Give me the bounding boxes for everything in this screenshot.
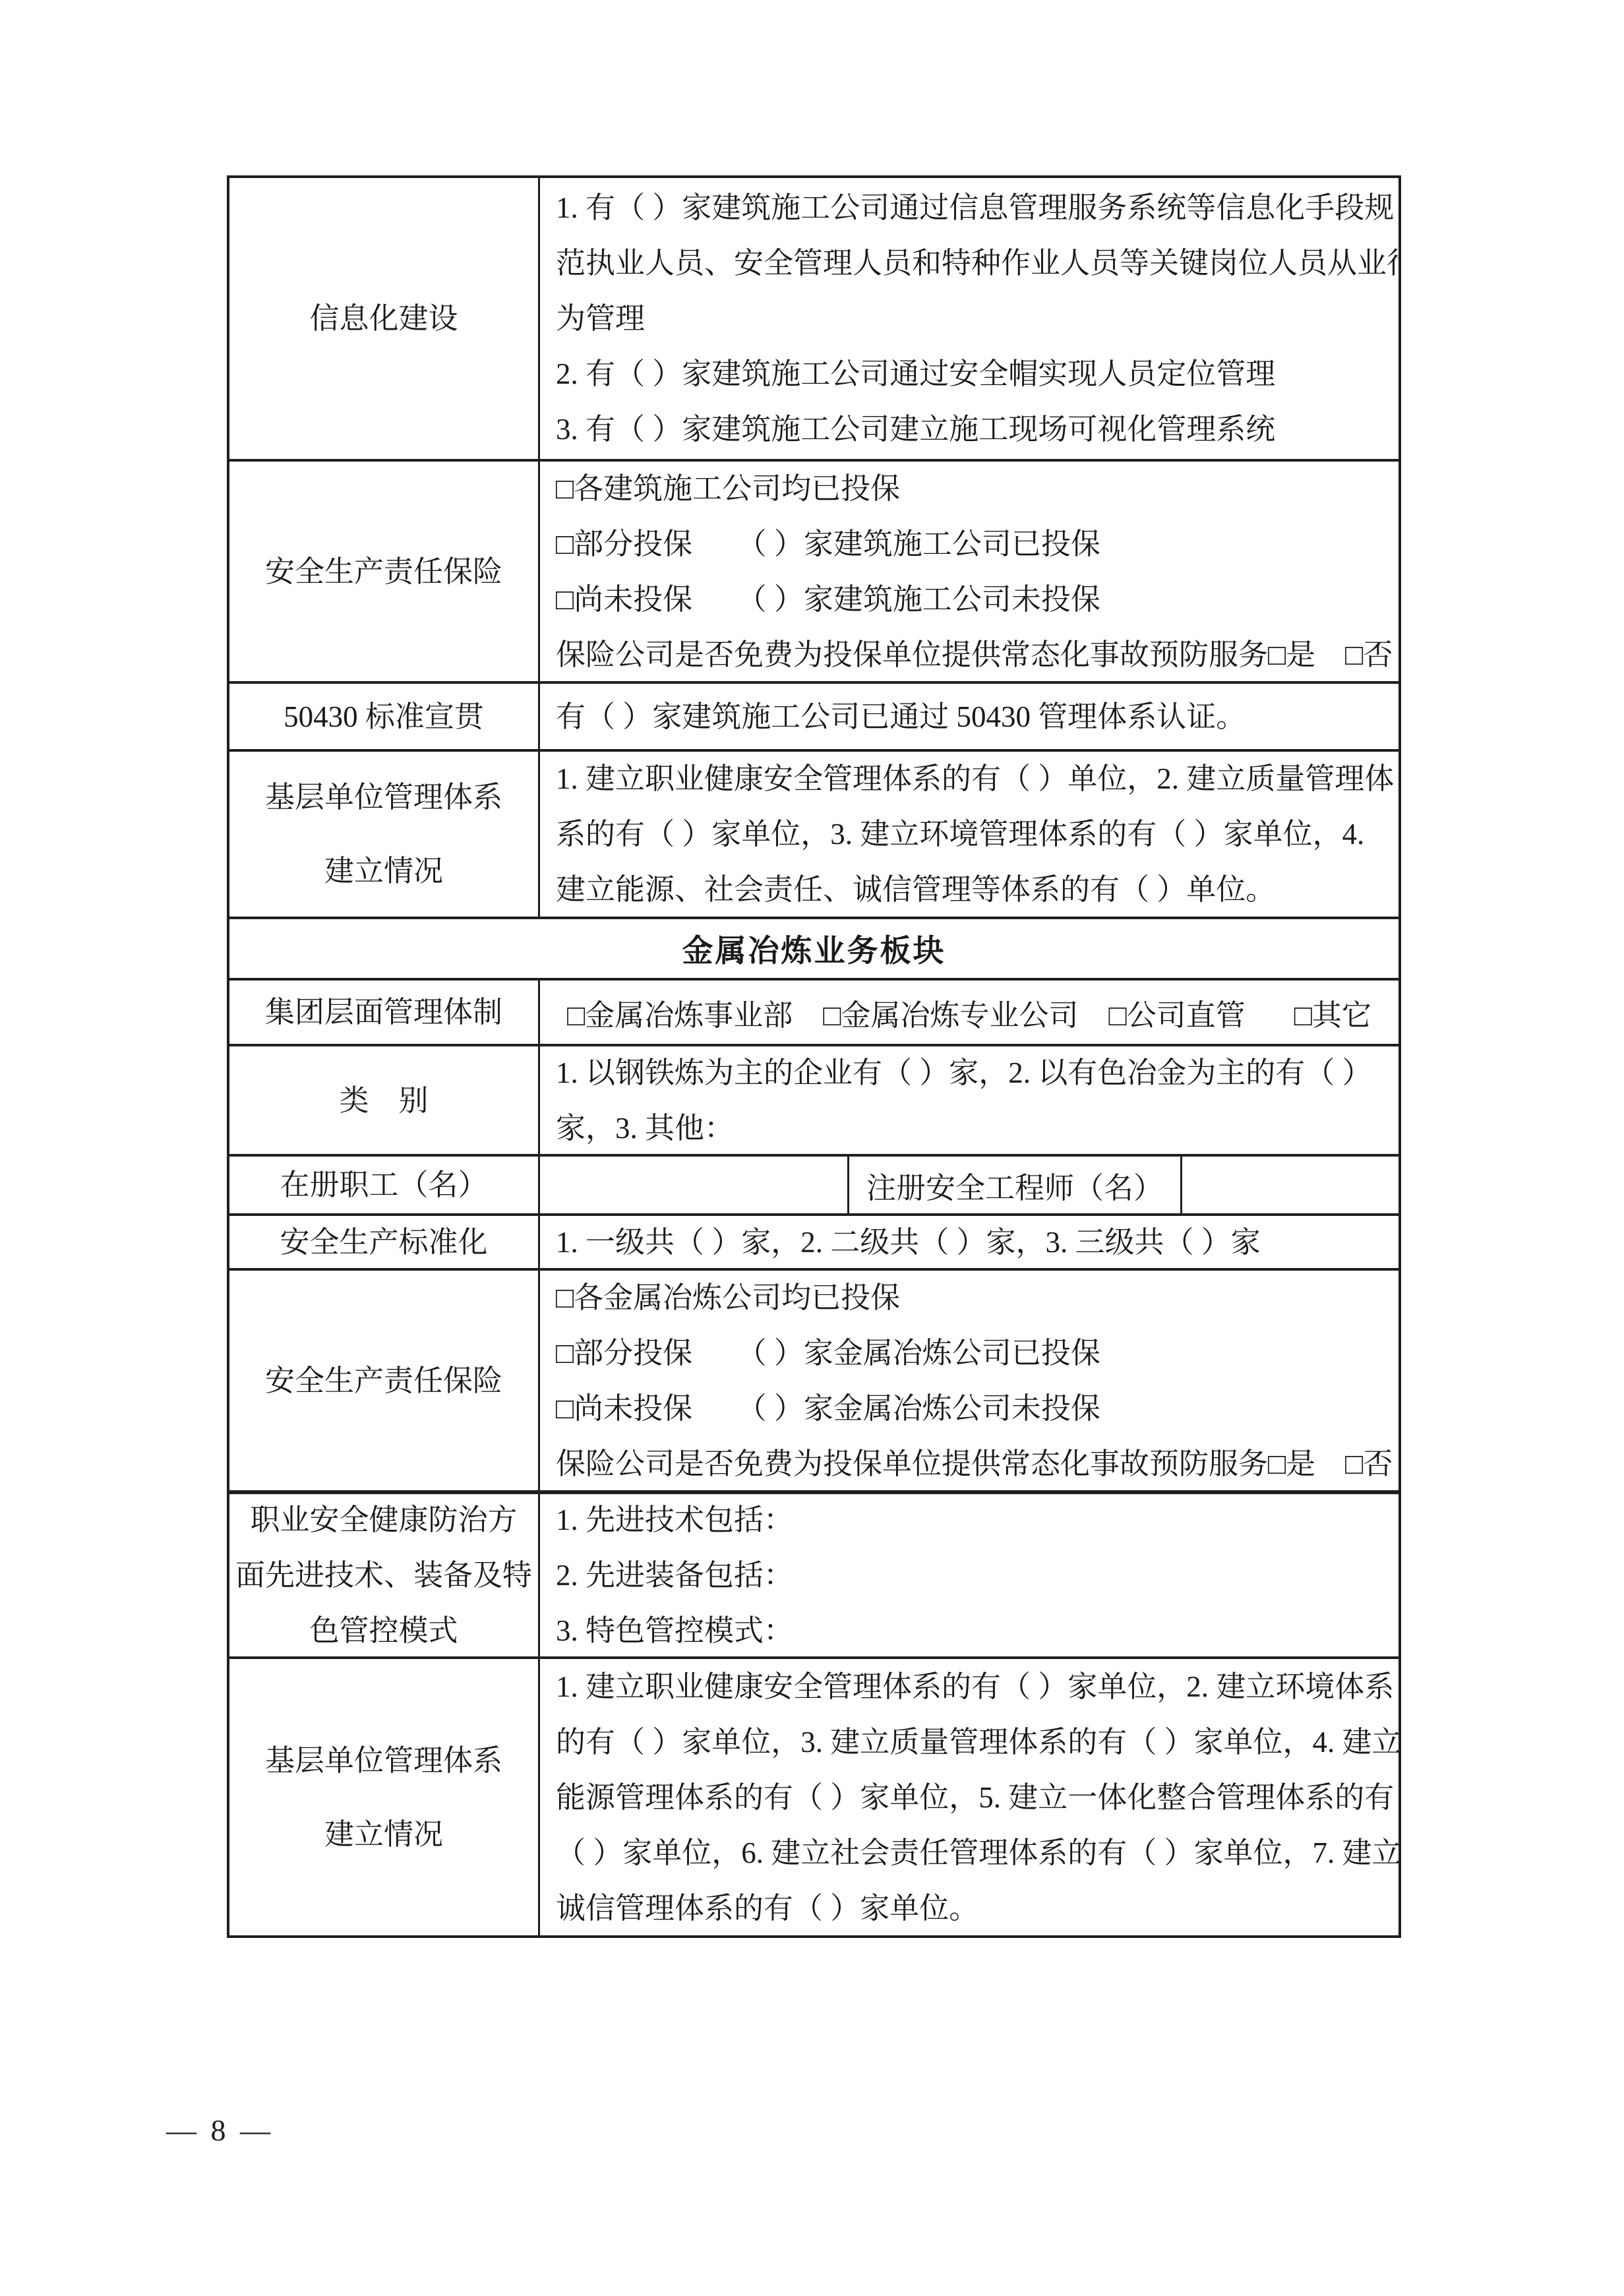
text-line: 系的有（ ）家单位，3. 建立环境管理体系的有（ ）家单位，4. bbox=[556, 806, 1383, 862]
row-label-metal-insurance: 安全生产责任保险 bbox=[229, 1271, 540, 1490]
safety-engineer-label-cell: 注册安全工程师（名） bbox=[849, 1157, 1182, 1213]
checkbox-line: 保险公司是否免费为投保单位提供常态化事故预防服务□是 □否 bbox=[556, 627, 1383, 682]
row-label-text: 集团层面管理体制 bbox=[265, 984, 502, 1040]
checkbox-option: □其它 bbox=[1294, 991, 1371, 1034]
row-construction-mgmt-system: 基层单位管理体系 建立情况 1. 建立职业健康安全管理体系的有（ ）单位，2. … bbox=[229, 749, 1398, 917]
text-line: 1. 以钢铁炼为主的企业有（ ）家，2. 以有色冶金为主的有（ ） bbox=[556, 1046, 1383, 1101]
text-line: 1. 一级共（ ）家，2. 二级共（ ）家，3. 三级共（ ）家 bbox=[556, 1216, 1383, 1268]
checkbox-line: □部分投保 （ ）家建筑施工公司已投保 bbox=[556, 516, 1383, 572]
safety-engineer-value-cell bbox=[1182, 1157, 1398, 1213]
row-advanced-tech: 职业安全健康防治方 面先进技术、装备及特 色管控模式 1. 先进技术包括： 2.… bbox=[229, 1490, 1398, 1656]
row-content-informatization: 1. 有（ ）家建筑施工公司通过信息管理服务系统等信息化手段规 范执业人员、安全… bbox=[540, 178, 1398, 459]
text-line: 家，3. 其他： bbox=[556, 1101, 1383, 1155]
row-content-construction-mgmt-system: 1. 建立职业健康安全管理体系的有（ ）单位，2. 建立质量管理体 系的有（ ）… bbox=[540, 752, 1398, 917]
section-title: 金属冶炼业务板块 bbox=[229, 926, 1398, 971]
row-category: 类 别 1. 以钢铁炼为主的企业有（ ）家，2. 以有色冶金为主的有（ ） 家，… bbox=[229, 1044, 1398, 1154]
text-line: 1. 建立职业健康安全管理体系的有（ ）单位，2. 建立质量管理体 bbox=[556, 752, 1383, 806]
row-content-standardization: 1. 一级共（ ）家，2. 二级共（ ）家，3. 三级共（ ）家 bbox=[540, 1216, 1398, 1268]
text-line: 2. 有（ ）家建筑施工公司通过安全帽实现人员定位管理 bbox=[556, 346, 1383, 402]
row-label-registered-staff: 在册职工（名） bbox=[229, 1157, 540, 1213]
row-content-metal-insurance: □各金属冶炼公司均已投保 □部分投保 （ ）家金属冶炼公司已投保 □尚未投保 （… bbox=[540, 1271, 1398, 1490]
checkbox-line: □部分投保 （ ）家金属冶炼公司已投保 bbox=[556, 1325, 1383, 1381]
row-content-construction-insurance: □各建筑施工公司均已投保 □部分投保 （ ）家建筑施工公司已投保 □尚未投保 （… bbox=[540, 462, 1398, 681]
page-number: — 8 — bbox=[166, 2113, 274, 2148]
row-label-std-50430: 50430 标准宣贯 bbox=[229, 684, 540, 749]
checkbox-option: □金属冶炼事业部 bbox=[567, 991, 793, 1034]
row-label-text: 安全生产标准化 bbox=[280, 1216, 487, 1268]
row-group-management: 集团层面管理体制 □金属冶炼事业部 □金属冶炼专业公司 □公司直管 □其它 bbox=[229, 978, 1398, 1044]
row-metal-mgmt-system: 基层单位管理体系 建立情况 1. 建立职业健康安全管理体系的有（ ）家单位，2.… bbox=[229, 1656, 1398, 1935]
checkbox-line: □尚未投保 （ ）家建筑施工公司未投保 bbox=[556, 572, 1383, 627]
text-line: （ ）家单位，6. 建立社会责任管理体系的有（ ）家单位，7. 建立 bbox=[556, 1825, 1383, 1881]
checkbox-line: □尚未投保 （ ）家金属冶炼公司未投保 bbox=[556, 1381, 1383, 1436]
row-std-50430: 50430 标准宣贯 有（ ）家建筑施工公司已通过 50430 管理体系认证。 bbox=[229, 681, 1398, 749]
checkbox-line: □各金属冶炼公司均已投保 bbox=[556, 1271, 1383, 1325]
row-label-text: 基层单位管理体系 bbox=[265, 760, 502, 834]
row-label-text: 建立情况 bbox=[324, 1798, 443, 1871]
text-line: 1. 先进技术包括： bbox=[556, 1494, 1383, 1548]
row-label-advanced-tech: 职业安全健康防治方 面先进技术、装备及特 色管控模式 bbox=[229, 1494, 540, 1656]
row-label-text: 职业安全健康防治方 bbox=[250, 1494, 517, 1548]
row-label-text: 安全生产责任保险 bbox=[265, 544, 502, 599]
section-header-metal-smelting: 金属冶炼业务板块 bbox=[229, 917, 1398, 978]
row-label-text: 类 别 bbox=[339, 1073, 428, 1128]
text-line: 的有（ ）家单位，3. 建立质量管理体系的有（ ）家单位，4. 建立 bbox=[556, 1714, 1383, 1770]
row-standardization: 安全生产标准化 1. 一级共（ ）家，2. 二级共（ ）家，3. 三级共（ ）家 bbox=[229, 1213, 1398, 1268]
text-line: 3. 有（ ）家建筑施工公司建立施工现场可视化管理系统 bbox=[556, 402, 1383, 457]
row-label-text: 在册职工（名） bbox=[280, 1157, 487, 1213]
row-content-metal-mgmt-system: 1. 建立职业健康安全管理体系的有（ ）家单位，2. 建立环境体系 的有（ ）家… bbox=[540, 1659, 1398, 1935]
registered-staff-value-cell bbox=[540, 1157, 849, 1213]
row-label-category: 类 别 bbox=[229, 1046, 540, 1154]
row-label-text: 安全生产责任保险 bbox=[265, 1353, 502, 1408]
text-line: 建立能源、社会责任、诚信管理等体系的有（ ）单位。 bbox=[556, 862, 1383, 917]
text-line: 为管理 bbox=[556, 291, 1383, 346]
text-line: 2. 先进装备包括： bbox=[556, 1548, 1383, 1603]
row-staff-counts: 在册职工（名） 注册安全工程师（名） bbox=[229, 1154, 1398, 1213]
checkbox-line: □各建筑施工公司均已投保 bbox=[556, 462, 1383, 516]
text-line: 能源管理体系的有（ ）家单位，5. 建立一体化整合管理体系的有 bbox=[556, 1770, 1383, 1825]
checkbox-line: 保险公司是否免费为投保单位提供常态化事故预防服务□是 □否 bbox=[556, 1436, 1383, 1491]
row-label-construction-insurance: 安全生产责任保险 bbox=[229, 462, 540, 681]
row-label-informatization: 信息化建设 bbox=[229, 178, 540, 459]
text-line: 1. 建立职业健康安全管理体系的有（ ）家单位，2. 建立环境体系 bbox=[556, 1659, 1383, 1714]
row-content-std-50430: 有（ ）家建筑施工公司已通过 50430 管理体系认证。 bbox=[540, 684, 1398, 749]
row-informatization: 信息化建设 1. 有（ ）家建筑施工公司通过信息管理服务系统等信息化手段规 范执… bbox=[229, 178, 1398, 459]
text-line: 诚信管理体系的有（ ）家单位。 bbox=[556, 1881, 1383, 1936]
row-label-standardization: 安全生产标准化 bbox=[229, 1216, 540, 1268]
text-line: 1. 有（ ）家建筑施工公司通过信息管理服务系统等信息化手段规 bbox=[556, 180, 1383, 235]
text-line: 3. 特色管控模式： bbox=[556, 1603, 1383, 1656]
checkbox-option: □金属冶炼专业公司 bbox=[823, 991, 1078, 1034]
text-line: 有（ ）家建筑施工公司已通过 50430 管理体系认证。 bbox=[556, 689, 1383, 744]
document-page: 信息化建设 1. 有（ ）家建筑施工公司通过信息管理服务系统等信息化手段规 范执… bbox=[0, 0, 1624, 2296]
row-label-text: 基层单位管理体系 bbox=[265, 1724, 502, 1798]
row-label-text: 50430 标准宣贯 bbox=[284, 689, 484, 744]
row-content-category: 1. 以钢铁炼为主的企业有（ ）家，2. 以有色冶金为主的有（ ） 家，3. 其… bbox=[540, 1046, 1398, 1154]
row-construction-insurance: 安全生产责任保险 □各建筑施工公司均已投保 □部分投保 （ ）家建筑施工公司已投… bbox=[229, 459, 1398, 681]
safety-survey-table: 信息化建设 1. 有（ ）家建筑施工公司通过信息管理服务系统等信息化手段规 范执… bbox=[227, 175, 1401, 1938]
row-label-text: 信息化建设 bbox=[309, 291, 458, 346]
row-label-metal-mgmt-system: 基层单位管理体系 建立情况 bbox=[229, 1659, 540, 1935]
row-label-text: 建立情况 bbox=[324, 834, 443, 908]
row-content-group-management: □金属冶炼事业部 □金属冶炼专业公司 □公司直管 □其它 bbox=[540, 981, 1398, 1044]
row-metal-insurance: 安全生产责任保险 □各金属冶炼公司均已投保 □部分投保 （ ）家金属冶炼公司已投… bbox=[229, 1268, 1398, 1490]
checkbox-option: □公司直管 bbox=[1109, 991, 1246, 1034]
text-line: 范执业人员、安全管理人员和特种作业人员等关键岗位人员从业行 bbox=[556, 235, 1383, 291]
row-label-construction-mgmt-system: 基层单位管理体系 建立情况 bbox=[229, 752, 540, 917]
row-content-advanced-tech: 1. 先进技术包括： 2. 先进装备包括： 3. 特色管控模式： bbox=[540, 1494, 1398, 1656]
row-label-group-management: 集团层面管理体制 bbox=[229, 981, 540, 1044]
row-label-text: 色管控模式 bbox=[309, 1603, 458, 1656]
row-label-text: 面先进技术、装备及特 bbox=[235, 1548, 532, 1603]
